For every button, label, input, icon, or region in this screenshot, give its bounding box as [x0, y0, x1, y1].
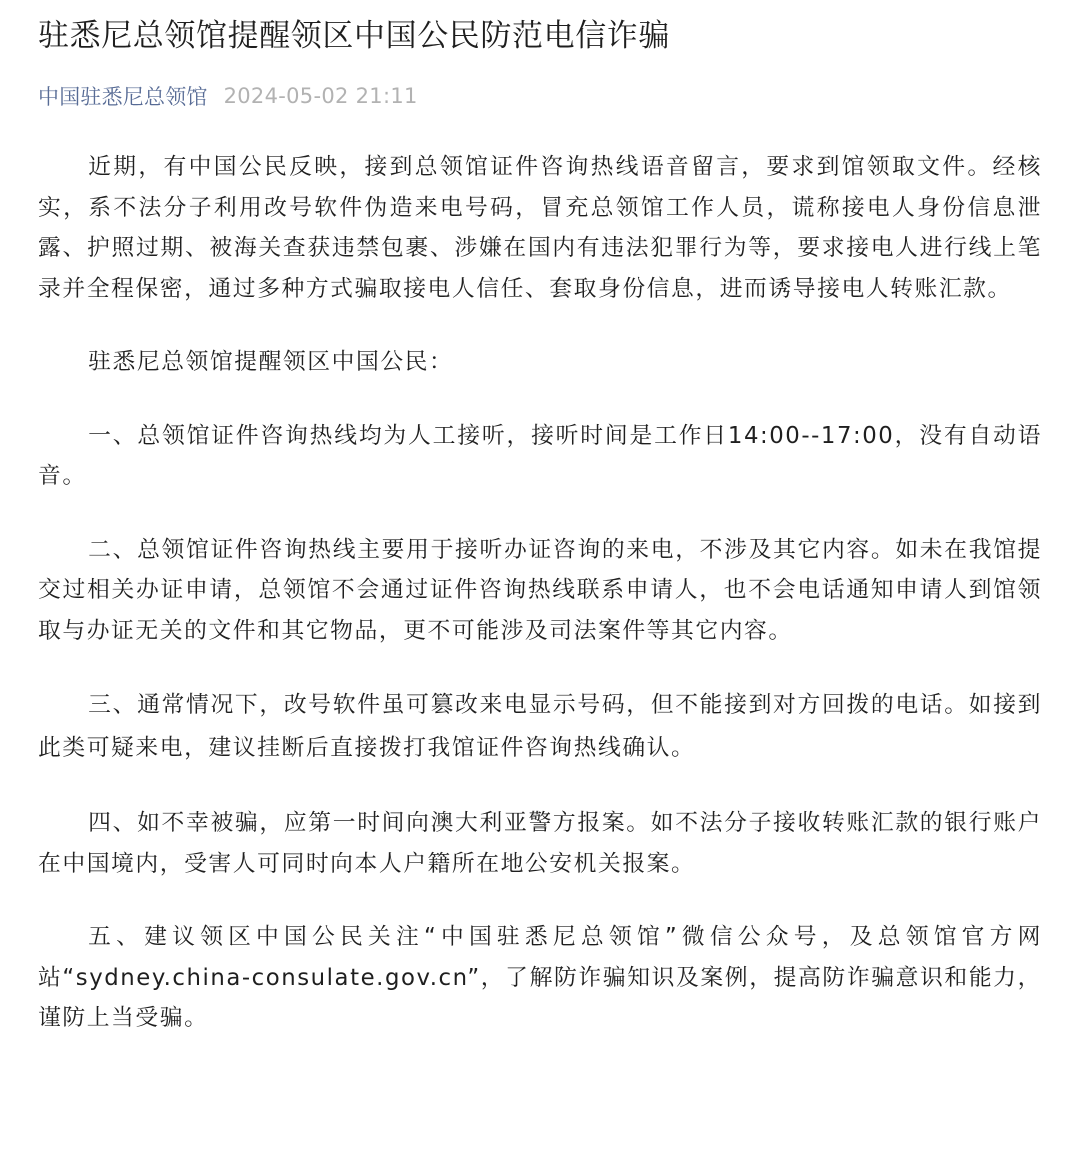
author-link[interactable]: 中国驻悉尼总领馆 [38, 81, 208, 111]
paragraph-intro: 近期，有中国公民反映，接到总领馆证件咨询热线语音留言，要求到馆领取文件。经核实，… [38, 147, 1042, 309]
paragraph-reminder-heading: 驻悉尼总领馆提醒领区中国公民： [38, 342, 1042, 383]
paragraph-point-3: 三、通常情况下，改号软件虽可篡改来电显示号码，但不能接到对方回拨的电话。如接到此… [38, 684, 1042, 770]
paragraph-point-5: 五、建议领区中国公民关注“中国驻悉尼总领馆”微信公众号，及总领馆官方网站“syd… [38, 917, 1042, 1039]
paragraph-gap [38, 309, 1042, 342]
article: 驻悉尼总领馆提醒领区中国公民防范电信诈骗 中国驻悉尼总领馆 2024-05-02… [0, 0, 1080, 1039]
paragraph-point-2: 二、总领馆证件咨询热线主要用于接听办证咨询的来电，不涉及其它内容。如未在我馆提交… [38, 530, 1042, 652]
article-body: 近期，有中国公民反映，接到总领馆证件咨询热线语音留言，要求到馆领取文件。经核实，… [38, 147, 1042, 1039]
paragraph-point-4: 四、如不幸被骗，应第一时间向澳大利亚警方报案。如不法分子接收转账汇款的银行账户在… [38, 803, 1042, 884]
paragraph-gap [38, 884, 1042, 917]
paragraph-gap [38, 770, 1042, 803]
publish-date: 2024-05-02 21:11 [224, 84, 418, 108]
paragraph-gap [38, 651, 1042, 684]
article-meta: 中国驻悉尼总领馆 2024-05-02 21:11 [38, 81, 1042, 111]
paragraph-gap [38, 383, 1042, 416]
article-title: 驻悉尼总领馆提醒领区中国公民防范电信诈骗 [38, 0, 1042, 58]
paragraph-gap [38, 497, 1042, 530]
paragraph-point-1: 一、总领馆证件咨询热线均为人工接听，接听时间是工作日14:00--17:00，没… [38, 416, 1042, 497]
